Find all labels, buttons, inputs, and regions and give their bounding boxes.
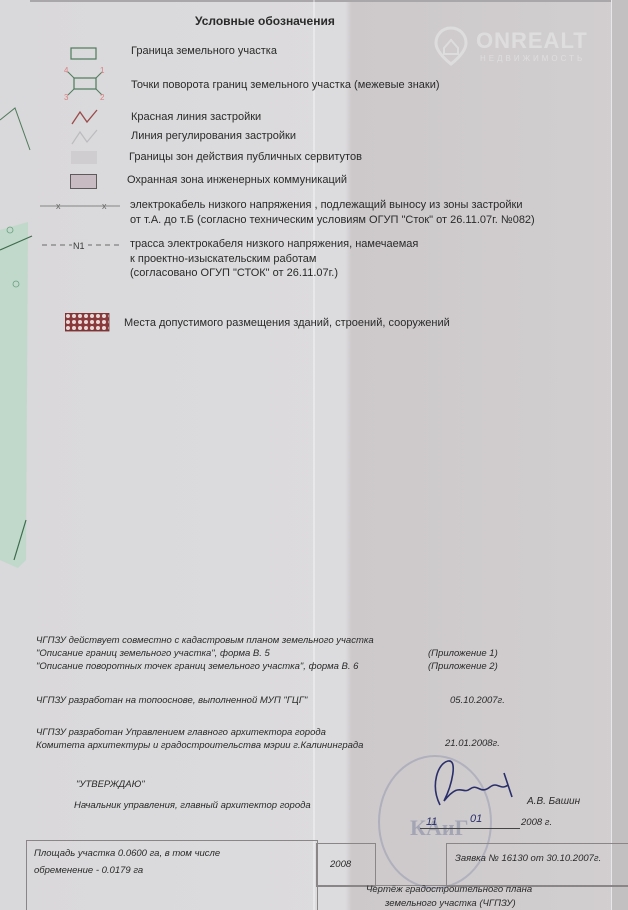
approval-year: 2008 г. (521, 816, 552, 830)
land-plot-boundary-icon (70, 47, 98, 61)
request-number: Заявка № 16130 от 30.10.2007г. (455, 852, 601, 866)
approval-day: 11 (426, 815, 437, 829)
date-underline (420, 828, 520, 829)
utility-protection-zone-icon (70, 174, 97, 189)
svg-text:N1: N1 (73, 241, 85, 251)
doc-title-2: земельного участка (ЧГПЗУ) (385, 897, 516, 910)
cable-relocation-line-icon: x x (38, 200, 122, 212)
note-topo-date: 05.10.2007г. (450, 694, 505, 708)
watermark-subtitle: НЕДВИЖИМОСТЬ (480, 54, 585, 63)
note-cadastral-1: ЧГПЗУ действует совместно с кадастровым … (36, 634, 374, 648)
note-topo: ЧГПЗУ разработан на топооснове, выполнен… (36, 694, 307, 708)
red-building-line-icon (70, 108, 100, 126)
house-pin-icon (434, 26, 468, 66)
page-top-edge (30, 0, 618, 2)
note-developer-date: 21.01.2008г. (445, 737, 500, 751)
area-line-2: обременение - 0.0179 га (34, 864, 143, 878)
title-block-year: 2008 (330, 858, 351, 872)
watermark: ONREALT НЕДВИЖИМОСТЬ (432, 24, 612, 74)
building-regulation-line-icon (70, 128, 100, 146)
permitted-building-area-icon (65, 313, 111, 333)
legend-title: Условные обозначения (195, 14, 335, 28)
signature-icon (400, 755, 530, 815)
svg-text:3: 3 (64, 93, 69, 102)
planned-cable-route-icon: N1 (40, 238, 124, 252)
boundary-turning-points-icon: 4 1 3 2 (62, 66, 110, 104)
approver-name: А.В. Башин (527, 795, 580, 809)
svg-text:2: 2 (100, 93, 105, 102)
note-developer-2: Комитета архитектуры и градостроительств… (36, 739, 363, 753)
doc-title-1: Чертёж градостроительного плана (366, 883, 532, 897)
watermark-brand: ONREALT (476, 28, 588, 54)
approval-month: 01 (470, 812, 482, 826)
svg-text:x: x (102, 201, 107, 211)
area-line-1: Площадь участка 0.0600 га, в том числе (34, 847, 220, 861)
approver-position: Начальник управления, главный архитектор… (74, 799, 311, 813)
approve-label: "УТВЕРЖДАЮ" (76, 778, 145, 792)
note-cadastral-3: "Описание поворотных точек границ земель… (36, 660, 358, 674)
paper-fold (313, 0, 315, 910)
svg-text:4: 4 (64, 66, 69, 75)
note-cadastral-3-ref: (Приложение 2) (428, 660, 498, 674)
svg-text:1: 1 (100, 66, 105, 75)
public-easement-zone-icon (71, 151, 97, 164)
paper-edge (611, 0, 628, 910)
note-cadastral-2-ref: (Приложение 1) (428, 647, 498, 661)
map-fragment (0, 0, 40, 600)
note-developer-1: ЧГПЗУ разработан Управлением главного ар… (36, 726, 326, 740)
svg-text:x: x (56, 201, 61, 211)
note-cadastral-2: "Описание границ земельного участка", фо… (36, 647, 270, 661)
